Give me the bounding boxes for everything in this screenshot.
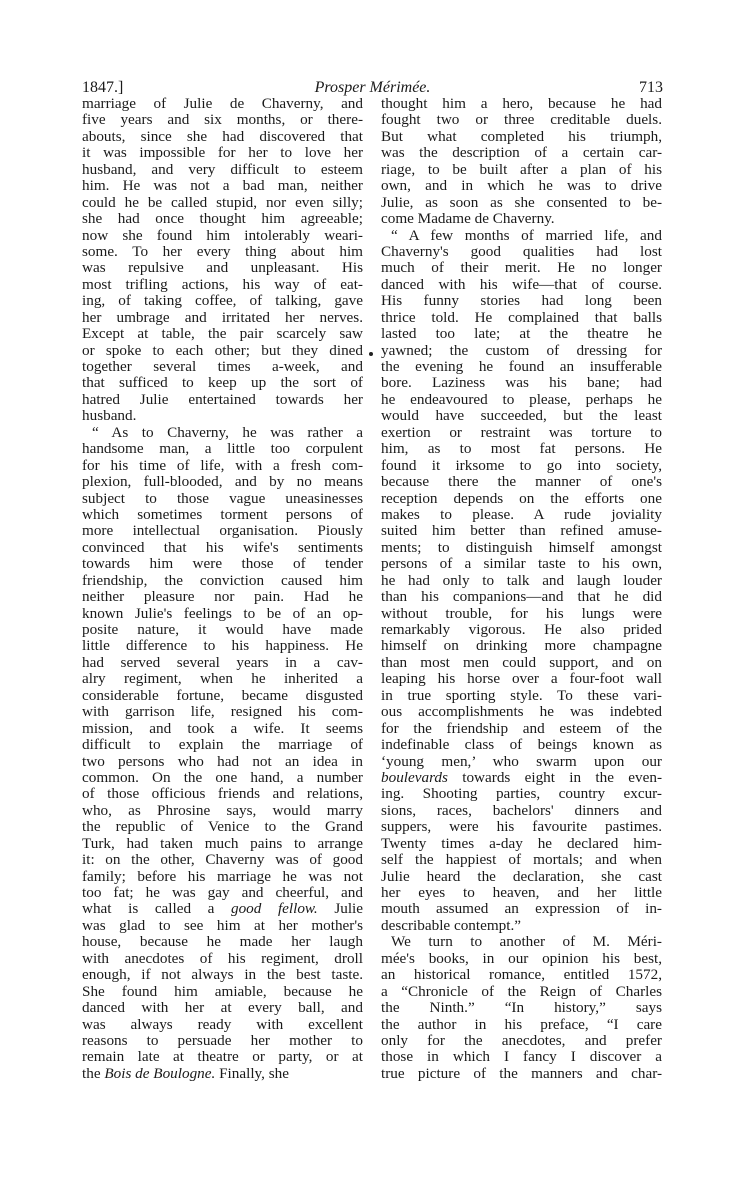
text-line: for the friendship and esteem of the — [381, 721, 662, 737]
text-line: suppers, were his favourite pastimes. — [381, 819, 662, 835]
text-line: would have succeeded, but the least — [381, 408, 662, 424]
text-line: Twenty times a-day he declared him- — [381, 836, 662, 852]
text-line: which sometimes torment persons of — [82, 507, 363, 523]
text-line: it: on the other, Chaverny was of good — [82, 852, 363, 868]
text-line: mée's books, in our opinion his best, — [381, 951, 662, 967]
text-line: the evening he found an insufferable — [381, 359, 662, 375]
text-line: because there the manner of one's — [381, 474, 662, 490]
text-line: with garrison life, resigned his com- — [82, 704, 363, 720]
text-line: two persons who had not an idea in — [82, 754, 363, 770]
text-line: thought him a hero, because he had — [381, 96, 662, 112]
text-line: posite nature, it would have made — [82, 622, 363, 638]
text-line: together several times a-week, and — [82, 359, 363, 375]
text-line: fought two or three creditable duels. — [381, 112, 662, 128]
text-line: an historical romance, entitled 1572, — [381, 967, 662, 983]
text-line: enough, if not always in the best taste. — [82, 967, 363, 983]
text-line: hatred Julie entertained towards her — [82, 392, 363, 408]
text-line: Julie heard the declaration, she cast — [381, 869, 662, 885]
column-margin-mark — [369, 352, 373, 356]
text-line: than his companions—and that he did — [381, 589, 662, 605]
text-line: now she found him intolerably weari- — [82, 228, 363, 244]
text-line: boulevards towards eight in the even- — [381, 770, 662, 786]
text-line: the Bois de Boulogne. Finally, she — [82, 1066, 363, 1082]
text-line: him, as to most fat persons. He — [381, 441, 662, 457]
text-line: remain late at theatre or party, or at — [82, 1049, 363, 1065]
text-line: himself on drinking more champagne — [381, 638, 662, 654]
text-line: the Ninth.” “In history,” says — [381, 1000, 662, 1016]
text-line: had served several years in a cav- — [82, 655, 363, 671]
text-line: than most men could support, and on — [381, 655, 662, 671]
text-line: lasted too late; at the theatre he — [381, 326, 662, 342]
text-line: exertion or restraint was torture to — [381, 425, 662, 441]
text-line: mouth assumed an expression of in- — [381, 901, 662, 917]
text-line: Except at table, the pair scarcely saw — [82, 326, 363, 342]
text-line: considerable fortune, became disgusted — [82, 688, 363, 704]
text-line: abouts, since she had discovered that — [82, 129, 363, 145]
text-line: known Julie's feelings to be of an op- — [82, 606, 363, 622]
text-line: come Madame de Chaverny. — [381, 211, 662, 227]
text-line: His funny stories had long been — [381, 293, 662, 309]
text-line: ing, of taking coffee, of talking, gave — [82, 293, 363, 309]
text-line: who, as Phrosine says, would marry — [82, 803, 363, 819]
running-header: 1847.] Prosper Mérimée. 713 — [82, 78, 663, 98]
text-line: makes to please. A rude joviality — [381, 507, 662, 523]
text-line: much of their merit. He no longer — [381, 260, 662, 276]
page-number: 713 — [639, 78, 663, 98]
text-line: could he be called stupid, nor even sill… — [82, 195, 363, 211]
text-line: without trouble, for his lungs were — [381, 606, 662, 622]
text-line: danced with her at every ball, and — [82, 1000, 363, 1016]
text-line: friendship, the conviction caused him — [82, 573, 363, 589]
text-line: some. To her every thing about him — [82, 244, 363, 260]
text-line: of those officious friends and relations… — [82, 786, 363, 802]
text-line: bore. Laziness was his bane; had — [381, 375, 662, 391]
text-line: difficult to explain the marriage of — [82, 737, 363, 753]
text-line: too fat; he was gay and cheerful, and — [82, 885, 363, 901]
text-line: thrice told. He complained that balls — [381, 310, 662, 326]
text-line: he endeavoured to please, perhaps he — [381, 392, 662, 408]
text-line: “ A few months of married life, and — [381, 228, 662, 244]
text-line: But what completed his triumph, — [381, 129, 662, 145]
text-line: danced with his wife—that of course. — [381, 277, 662, 293]
text-line: was glad to see him at her mother's — [82, 918, 363, 934]
text-line: little difference to his happiness. He — [82, 638, 363, 654]
text-line: he had only to talk and laugh louder — [381, 573, 662, 589]
text-line: ing. Shooting parties, country excur- — [381, 786, 662, 802]
text-line: alry regiment, when he inherited a — [82, 671, 363, 687]
text-line: or spoke to each other; but they dined — [82, 343, 363, 359]
text-line: a “Chronicle of the Reign of Charles — [381, 984, 662, 1000]
text-line: reasons to persuade her mother to — [82, 1033, 363, 1049]
text-line: only for the anecdotes, and prefer — [381, 1033, 662, 1049]
text-line: those in which I fancy I discover a — [381, 1049, 662, 1065]
text-line: him. He was not a bad man, neither — [82, 178, 363, 194]
text-line: marriage of Julie de Chaverny, and — [82, 96, 363, 112]
text-line: her umbrage and irritated her nerves. — [82, 310, 363, 326]
text-line: self the happiest of mortals; and when — [381, 852, 662, 868]
text-line: was the description of a certain car- — [381, 145, 662, 161]
text-line: describable contempt.” — [381, 918, 662, 934]
text-line: own, and in which he was to drive — [381, 178, 662, 194]
text-line: most trifling actions, his way of eat- — [82, 277, 363, 293]
text-line: ‘young men,’ who swarm upon our — [381, 754, 662, 770]
text-line: for his time of life, with a fresh com- — [82, 458, 363, 474]
text-line: was repulsive and unpleasant. His — [82, 260, 363, 276]
text-line: she had once thought him agreeable; — [82, 211, 363, 227]
text-line: We turn to another of M. Méri- — [381, 934, 662, 950]
text-line: subject to those vague uneasinesses — [82, 491, 363, 507]
text-line: towards him were those of tender — [82, 556, 363, 572]
text-line: “ As to Chaverny, he was rather a — [82, 425, 363, 441]
text-line: five years and six months, or there- — [82, 112, 363, 128]
text-line: yawned; the custom of dressing for — [381, 343, 662, 359]
header-title: Prosper Mérimée. — [82, 78, 663, 98]
text-line: convinced that his wife's sentiments — [82, 540, 363, 556]
text-line: neither pleasure nor pain. Had he — [82, 589, 363, 605]
text-line: in true sporting style. To these vari- — [381, 688, 662, 704]
text-line: Turk, had taken much pains to arrange — [82, 836, 363, 852]
text-line: with anecdotes of his regiment, droll — [82, 951, 363, 967]
text-line: sions, races, bachelors' dinners and — [381, 803, 662, 819]
text-line: more intellectual organisation. Piously — [82, 523, 363, 539]
text-line: husband, and very difficult to esteem — [82, 162, 363, 178]
text-line: what is called a good fellow. Julie — [82, 901, 363, 917]
text-line: her eyes to heaven, and her little — [381, 885, 662, 901]
text-line: handsome man, a little too corpulent — [82, 441, 363, 457]
text-line: ments; to distinguish himself amongst — [381, 540, 662, 556]
text-line: family; before his marriage he was not — [82, 869, 363, 885]
text-line: plexion, full-blooded, and by no means — [82, 474, 363, 490]
text-line: ous accomplishments he was indebted — [381, 704, 662, 720]
text-line: house, because he made her laugh — [82, 934, 363, 950]
text-line: reception depends on the efforts one — [381, 491, 662, 507]
text-line: the republic of Venice to the Grand — [82, 819, 363, 835]
right-text-column: thought him a hero, because he hadfought… — [381, 96, 662, 1082]
text-line: the author in his preface, “I care — [381, 1017, 662, 1033]
text-line: that sufficed to keep up the sort of — [82, 375, 363, 391]
text-line: remarkably vigorous. He also prided — [381, 622, 662, 638]
left-text-column: marriage of Julie de Chaverny, andfive y… — [82, 96, 363, 1082]
text-line: husband. — [82, 408, 363, 424]
text-line: mission, and took a wife. It seems — [82, 721, 363, 737]
text-line: was always ready with excellent — [82, 1017, 363, 1033]
text-line: common. On the one hand, a number — [82, 770, 363, 786]
text-line: it was impossible for her to love her — [82, 145, 363, 161]
text-line: persons of a similar taste to his own, — [381, 556, 662, 572]
text-line: true picture of the manners and char- — [381, 1066, 662, 1082]
text-line: found it irksome to go into society, — [381, 458, 662, 474]
text-line: Chaverny's good qualities had lost — [381, 244, 662, 260]
text-line: Julie, as soon as she consented to be- — [381, 195, 662, 211]
text-line: leaping his horse over a four-foot wall — [381, 671, 662, 687]
text-line: riage, to be built after a plan of his — [381, 162, 662, 178]
text-line: indefinable class of beings known as — [381, 737, 662, 753]
text-line: suited him better than refined amuse- — [381, 523, 662, 539]
text-line: She found him amiable, because he — [82, 984, 363, 1000]
